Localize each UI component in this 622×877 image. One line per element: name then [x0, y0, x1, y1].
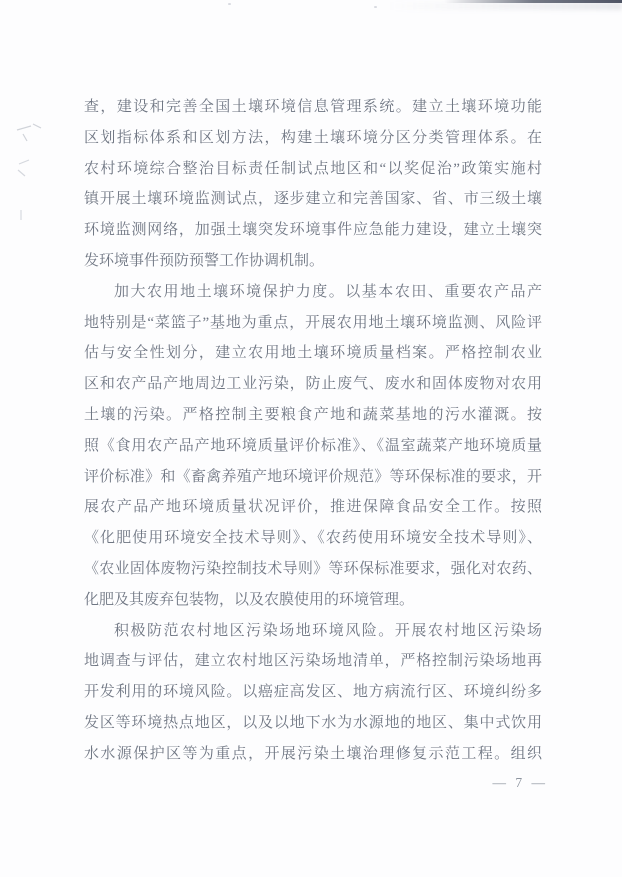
scan-edge-shadow [387, 2, 622, 10]
page-number: — 7 — [493, 775, 549, 791]
document-text: 查，建设和完善全国土壤环境信息管理系统。建立土壤环境功能 区划指标体系和区划方法… [84, 92, 542, 770]
scan-speck [228, 3, 231, 5]
text-line: 展农产品产地环境质量状况评价，推进保障食品安全工作。按照 [84, 492, 542, 523]
text-line: 发环境事件预防预警工作协调机制。 [84, 246, 542, 277]
text-line: 农村环境综合整治目标责任制试点地区和“以奖促治”政策实施村 [84, 154, 542, 185]
scanned-page: 查，建设和完善全国土壤环境信息管理系统。建立土壤环境功能 区划指标体系和区划方法… [0, 0, 622, 877]
text-line: 地特别是“菜篮子”基地为重点，开展农用地土壤环境监测、风险评 [84, 308, 542, 339]
text-line: 加大农用地土壤环境保护力度。以基本农田、重要农产品产 [84, 277, 542, 308]
text-line: 积极防范农村地区污染场地环境风险。开展农村地区污染场 [84, 616, 542, 647]
scan-speck [374, 6, 377, 8]
text-line: 估与安全性划分，建立农用地土壤环境质量档案。严格控制农业 [84, 338, 542, 369]
text-line: 《农业固体废物污染控制技术导则》等环保标准要求，强化对农药、 [84, 554, 542, 585]
text-line: 发区等环境热点地区，以及以地下水为水源地的地区、集中式饮用 [84, 708, 542, 739]
text-line: 环境监测网络，加强土壤突发环境事件应急能力建设，建立土壤突 [84, 215, 542, 246]
text-line: 水水源保护区等为重点，开展污染土壤治理修复示范工程。组织 [84, 739, 542, 770]
text-line: 地调查与评估，建立农村地区污染场地清单，严格控制污染场地再 [84, 646, 542, 677]
text-line: 查，建设和完善全国土壤环境信息管理系统。建立土壤环境功能 [84, 92, 542, 123]
text-line: 土壤的污染。严格控制主要粮食产地和蔬菜基地的污水灌溉。按 [84, 400, 542, 431]
text-line: 照《食用农产品产地环境质量评价标准》、《温室蔬菜产地环境质量 [84, 431, 542, 462]
margin-pencil-marks [8, 118, 50, 230]
text-line: 区和农产品产地周边工业污染，防止废气、废水和固体废物对农用 [84, 369, 542, 400]
text-line: 化肥及其废弃包装物，以及农膜使用的环境管理。 [84, 585, 542, 616]
text-line: 区划指标体系和区划方法，构建土壤环境分区分类管理体系。在 [84, 123, 542, 154]
text-line: 开发利用的环境风险。以癌症高发区、地方病流行区、环境纠纷多 [84, 677, 542, 708]
text-line: 《化肥使用环境安全技术导则》、《农药使用环境安全技术导则》、 [84, 523, 542, 554]
text-line: 镇开展土壤环境监测试点，逐步建立和完善国家、省、市三级土壤 [84, 184, 542, 215]
text-line: 评价标准》和《畜禽养殖产地环境评价规范》等环保标准的要求，开 [84, 462, 542, 493]
